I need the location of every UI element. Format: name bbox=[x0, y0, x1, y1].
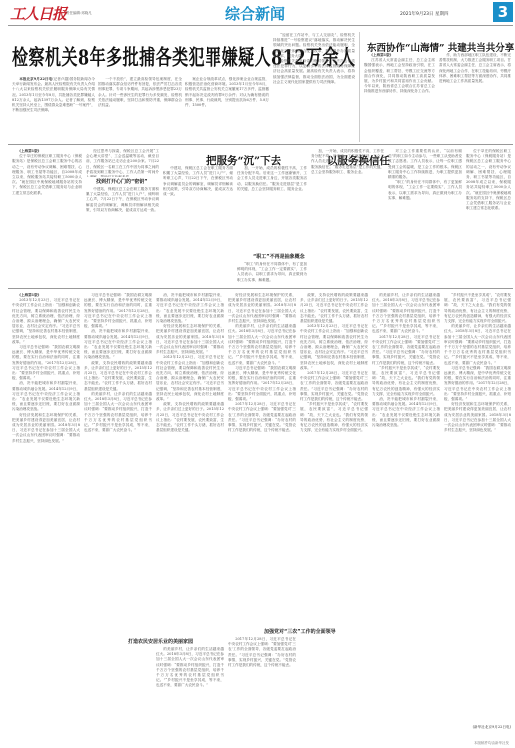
story5-col1-text: 2013年12月23日，习近平总书记在中央农村工作会议上指出：“加强和创新农村社… bbox=[12, 298, 80, 345]
page-number-badge: 3 bbox=[493, 2, 513, 22]
story5-col4e-text: 2017年12月28日，习近平总书记在中央农村工作会议上强调：“要加强党对‘三农… bbox=[228, 637, 296, 668]
story4-col6-text: 对工会工作重要性的认识，“以前有顾虑”的职工如今主动参与，一些职工从受助者变成了… bbox=[388, 149, 462, 180]
story4-col6b-text: “职工”的身份在不同群体中，有了更加鲜明的体现，“工会工作一定要做实”，工作人员… bbox=[388, 180, 462, 201]
story5-column-3: 治，决不能把城市和乡村割裂开来，要推动城乡融合发展。2014年12月9日，习近平… bbox=[156, 293, 224, 635]
story1-author: (记者卢越) bbox=[52, 77, 69, 81]
story5-col6d-text: 治，决不能把城市和乡村割裂开来，要推动城乡融合发展。2014年12月9日，习近平… bbox=[372, 397, 440, 428]
story4-column-3: 中建站，保税区总工会在职工服务方面积累了大量经验，工作人员“进门入户”，倾听职工… bbox=[163, 166, 233, 285]
masthead-divider bbox=[8, 25, 513, 26]
story5-col2-text: 习近平总书记强调：“我国农耕文明源远流长、博大精深，是中华优秀传统文化的根，要在… bbox=[84, 293, 152, 329]
story5-col6b-text: 2017年12月28日，习近平总书记在中央农村工作会议上强调：“要加强党对‘三农… bbox=[372, 335, 440, 366]
story1-column-2: 一个不放松”，建立最高检领导包案制度，在全国推动落实群众信访件件有回复，依法严厉… bbox=[98, 77, 182, 140]
story4-subhead-1: 找到打开心门的“密钥” bbox=[96, 178, 148, 185]
story5-col3-text: 治，决不能把城市和乡村割裂开来，要推动城乡融合发展。2014年12月9日，习近平… bbox=[156, 293, 224, 324]
story3-headline: 东西协作“山海情” 共建共当共分享 bbox=[367, 40, 514, 54]
section-divider-2 bbox=[8, 288, 513, 289]
story5-column-3b: 的美丽乡村，让乡亲们的生活越来越红火。2018年3月8日，习近平总书记在参加十三… bbox=[156, 647, 224, 743]
story5-col2b-text: 治，决不能把城市和乡村割裂开来，要推动城乡融合发展。2014年12月9日，习近平… bbox=[84, 329, 152, 360]
story2-col1-text: “逗留在工作站中，与工人交朋友”，检察机关持续推进“一号检察建议”落地落实，推动… bbox=[273, 33, 355, 59]
story5-col3c-text: 2013年12月23日，习近平总书记在中央农村工作会议上指出：“加强和创新农村社… bbox=[156, 355, 224, 402]
story1-byline: 本报北京9月22日电 bbox=[19, 77, 52, 81]
story5-col3e-text: 的美丽乡村，让乡亲们的生活越来越红火。2018年3月8日，习近平总书记在参加十三… bbox=[156, 647, 224, 689]
story4-col4b-text: “职工”的身份在不同群体中，有了更加鲜明的体现，“工会工作一定要做实”，工作人员… bbox=[237, 262, 307, 283]
story3-column-2: 作，助力西部地区职工队伍建设，不断完善帮扶机制，大力推进工会服务职工项目。甘肃省… bbox=[439, 53, 511, 141]
column-separator bbox=[359, 32, 360, 142]
story4-column-2a: 经过思考与探索，保税区总工会开展“工会心理大讲堂”、工会送温暖等活动，截至目前，… bbox=[86, 149, 159, 177]
story1-column-1: 本报北京9月22日电(记者卢越)国务院新闻办今天举行新闻发布会。最高人民检察院有… bbox=[12, 77, 95, 140]
story5-col3d-text: 政策，支持农民增收的政策要越来越多，让乡亲们过上更好的日子。2015年12月25… bbox=[156, 402, 224, 433]
story1-column-3: 案企业合规改革试点，强化涉案企业合规监管，积极营造法治化营商环境。2013年1月… bbox=[185, 77, 269, 140]
editor-credit: 责任编辑:邓晓凡 bbox=[66, 11, 92, 16]
story5-col1d-text: 好经济发展和生态环境保护的关系，把美丽乡村建设得更加美丽宜居，让农村成为安居乐业… bbox=[12, 413, 80, 444]
story4-column-4: 加，一开始，成员的积极性不高，工作任务分配不均。后来这一工作逐渐铺开，工会工作人… bbox=[237, 166, 307, 248]
story3-col1-text: 江苏省人大常委会副主任、总工会主席魏国强表示，两地工会坚持政治引领，在工会组织覆… bbox=[364, 58, 435, 94]
newspaper-logo: 工人日报 bbox=[10, 3, 66, 24]
story4-col1-text: 位于莘庄的保税区职工服务中心（保税服务站）是保税区总工会职工服务中心的活动之一，… bbox=[12, 154, 82, 196]
story5-col4d-text: 2017年12月28日，习近平总书记在中央农村工作会议上强调：“要加强党对‘三农… bbox=[228, 402, 296, 433]
page-footer: 本版稿件均由新华社发 bbox=[474, 741, 509, 746]
story5-col2d-text: 的美丽乡村，让乡亲们的生活越来越红火。2018年3月8日，习近平总书记在参加十三… bbox=[84, 392, 152, 434]
story2-column-1: “逗留在工作站中，与工人交朋友”，检察机关持续推进“一号检察建议”落地落实，推动… bbox=[273, 33, 355, 141]
story4-column-6: 对工会工作重要性的认识，“以前有顾虑”的职工如今主动参与，一些职工从受助者变成了… bbox=[388, 149, 462, 285]
story5-col5d-text: “乡村振兴不是坐享其成”，“农村要发展，农民要致富”，习近平总书记强调：“故，天… bbox=[300, 402, 368, 433]
story5-column-5: 政策，支持农民增收的政策要越来越多，让乡亲们过上更好的日子。2015年12月25… bbox=[300, 293, 368, 743]
story4-col3-text: 中建站，保税区总工会在职工服务方面积累了大量经验，工作人员“进门入户”，倾听职工… bbox=[163, 166, 233, 197]
story5-col6c-text: “乡村振兴不是坐享其成”，“农村要发展，农民要致富”，习近平总书记强调：“故，天… bbox=[372, 366, 440, 397]
story5-col7-text: “乡村振兴不是坐享其成”，“农村要发展，农民要致富”，习近平总书记强调：“故，天… bbox=[444, 293, 511, 324]
story4-column-4b: “职工”的身份在不同群体中，有了更加鲜明的体现，“工会工作一定要做实”，工作人员… bbox=[237, 262, 307, 285]
story4-column-5: 加，一开始，成员的积极性不高，工作任务分配不均。后来这一工作逐渐铺开，工会工作人… bbox=[311, 149, 384, 285]
masthead: 工人日报 责任编辑:邓晓凡 综合新闻 2021年9月23日 星期四 3 bbox=[0, 0, 515, 26]
story4-column-7: 位于莘庄的保税区职工服务中心（保税服务站）是保税区总工会职工服务中心的活动之一，… bbox=[466, 149, 511, 285]
story5-column-4b: 2017年12月28日，习近平总书记在中央农村工作会议上强调：“要加强党对‘三农… bbox=[228, 637, 296, 743]
story5-byline: (上海第1版) bbox=[19, 293, 39, 297]
issue-date: 2021年9月23日 星期四 bbox=[400, 11, 448, 17]
story2-col2-text: 检察机关将坚持党的绝对领导，依法打击各类违法犯罪行为，以更高水平的法律监督服务保… bbox=[273, 59, 355, 85]
story5-col1c-text: 治，决不能把城市和乡村割裂开来，要推动城乡融合发展。2014年12月9日，习近平… bbox=[12, 381, 80, 412]
story5-col5-text: 政策，支持农民增收的政策要越来越多，让乡亲们过上更好的日子。2015年12月25… bbox=[300, 293, 368, 324]
story5-column-2: 习近平总书记强调：“我国农耕文明源远流长、博大精深，是中华优秀传统文化的根，要在… bbox=[84, 293, 152, 743]
story5-column-4: 好经济发展和生态环境保护的关系，把美丽乡村建设得更加美丽宜居，让农村成为安居乐业… bbox=[228, 293, 296, 623]
story4-col7-text: 位于莘庄的保税区职工服务中心（保税服务站）是保税区总工会职工服务中心的活动之一，… bbox=[466, 149, 511, 211]
story3-column-1: (上海第1版) 江苏省人大常委会副主任、总工会主席魏国强表示，两地工会坚持政治引… bbox=[364, 53, 435, 141]
story4-col2-text: 经过思考与探索，保税区总工会开展“工会心理大讲堂”、工会送温暖等活动，截至目前，… bbox=[86, 149, 159, 177]
story4-subhead-2: “职工”不再是抽象概念 bbox=[253, 253, 305, 260]
section-title: 综合新闻 bbox=[225, 3, 285, 24]
story5-col7b-text: 的美丽乡村，让乡亲们的生活越来越红火。2018年3月8日，习近平总书记在参加十三… bbox=[444, 324, 511, 366]
story5-col1b-text: 习近平总书记强调：“我国农耕文明源远流长、博大精深，是中华优秀传统文化的根，要在… bbox=[12, 345, 80, 381]
section-divider bbox=[8, 144, 513, 145]
story4-col2b-text: 中建站，保税区总工会在职工服务方面积累了大量经验，工作人员“进门入户”，倾听职工… bbox=[86, 187, 159, 213]
story3-byline: (上海第1版) bbox=[371, 53, 391, 57]
story5-col2c-text: 政策，支持农民增收的政策要越来越多，让乡亲们过上更好的日子。2015年12月25… bbox=[84, 361, 152, 392]
story5-col4-text: 好经济发展和生态环境保护的关系，把美丽乡村建设得更加美丽宜居，让农村成为安居乐业… bbox=[228, 293, 296, 324]
story4-column-2b: 中建站，保税区总工会在职工服务方面积累了大量经验，工作人员“进门入户”，倾听职工… bbox=[86, 187, 159, 285]
story5-col4b-text: 的美丽乡村，让乡亲们的生活越来越红火。2018年3月8日，习近平总书记在参加十三… bbox=[228, 324, 296, 366]
story5-col7d-text: 好经济发展和生态环境保护的关系，把美丽乡村建设得更加美丽宜居，让农村成为安居乐业… bbox=[444, 402, 511, 433]
story5-col4c-text: 习近平总书记强调：“我国农耕文明源远流长、博大精深，是中华优秀传统文化的根，要在… bbox=[228, 366, 296, 402]
story3-col2-text: 作，助力西部地区职工队伍建设，不断完善帮扶机制，大力推进工会服务职工项目。甘肃省… bbox=[439, 53, 511, 84]
story5-column-7: “乡村振兴不是坐享其成”，“农村要发展，农民要致富”，习近平总书记强调：“故，天… bbox=[444, 293, 511, 723]
story5-column-1: (上海第1版) 2013年12月23日，习近平总书记在中央农村工作会议上指出：“… bbox=[12, 293, 80, 743]
story5-column-6: 的美丽乡村，让乡亲们的生活越来越红火。2018年3月8日，习近平总书记在参加十三… bbox=[372, 293, 440, 743]
story4-column-1: (上海第1版) 位于莘庄的保税区职工服务中心（保税服务站）是保税区总工会职工服务… bbox=[12, 149, 82, 285]
story5-col3b-text: 好经济发展和生态环境保护的关系，把美丽乡村建设得更加美丽宜居，让农村成为安居乐业… bbox=[156, 324, 224, 355]
story4-col4-text: 加，一开始，成员的积极性不高，工作任务分配不均。后来这一工作逐渐铺开，工会工作人… bbox=[237, 166, 307, 192]
story1-col3-text: 案企业合规改革试点，强化涉案企业合规监管，积极营造法治化营商环境。2013年1月… bbox=[185, 77, 269, 108]
story5-col5c-text: 2017年12月28日，习近平总书记在中央农村工作会议上强调：“要加强党对‘三农… bbox=[300, 371, 368, 402]
story5-signature: (新华社北京9月22日电) bbox=[444, 725, 511, 733]
story4-col5-text: 加，一开始，成员的积极性不高，工作任务分配不均。后来这一工作逐渐铺开，工会工作人… bbox=[311, 149, 384, 175]
story5-col5b-text: 2013年12月23日，习近平总书记在中央农村工作会议上指出：“加强和创新农村社… bbox=[300, 324, 368, 371]
story1-col2-text: 一个不放松”，建立最高检领导包案制度，在全国推动落实群众信访件件有回复，依法严厉… bbox=[98, 77, 182, 108]
story4-byline: (上海第1版) bbox=[19, 149, 39, 153]
story1-col1-text: 国务院新闻办今天举行新闻发布会。最高人民检察院有关负责人介绍十八大以来检察机关依… bbox=[12, 77, 95, 112]
story5-col7c-text: 习近平总书记强调：“我国农耕文明源远流长、博大精深，是中华优秀传统文化的根，要在… bbox=[444, 366, 511, 402]
story5-subhead-1: 打造农民安居乐业的美丽家园 bbox=[128, 638, 193, 645]
story5-col6-text: 的美丽乡村，让乡亲们的生活越来越红火。2018年3月8日，习近平总书记在参加十三… bbox=[372, 293, 440, 335]
signature-text: (新华社北京9月22日电) bbox=[473, 725, 511, 729]
